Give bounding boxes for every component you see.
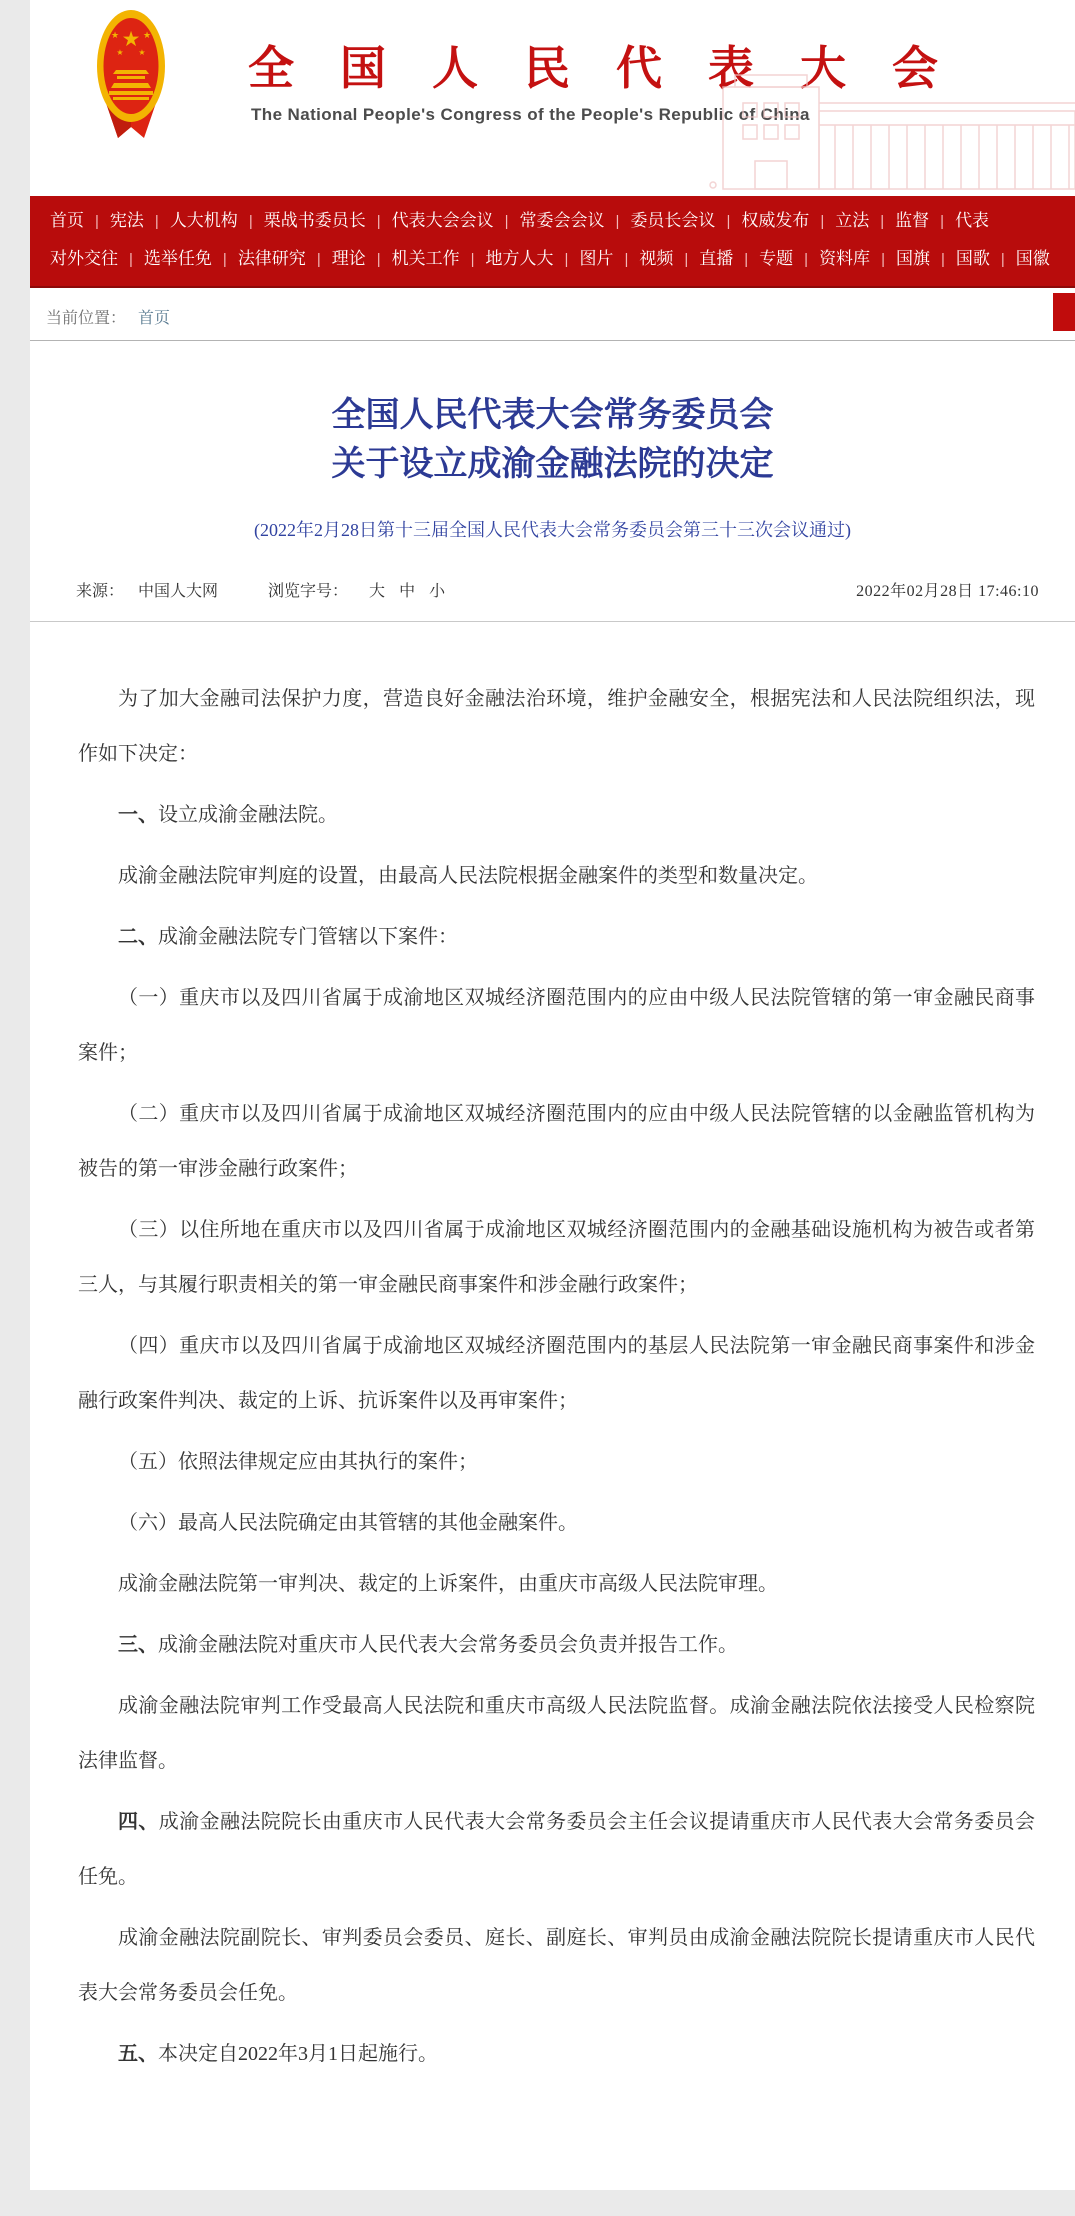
nav-row-2: 对外交往|选举任免|法律研究|理论|机关工作|地方人大|图片|视频|直播|专题|… <box>44 240 1061 278</box>
nav-separator: | <box>611 213 625 230</box>
nav-link[interactable]: 选举任免 <box>138 249 218 268</box>
nav-separator: | <box>619 251 633 268</box>
nav-link[interactable]: 法律研究 <box>232 249 312 268</box>
article-paragraph: （一）重庆市以及四川省属于成渝地区双城经济圈范围内的应由中级人民法院管辖的第一审… <box>78 971 1035 1081</box>
item-number: 三、 <box>118 1634 158 1656</box>
breadcrumb-row: 当前位置：首页 <box>30 288 1075 341</box>
nav-link[interactable]: 地方人大 <box>480 249 560 268</box>
nav-separator: | <box>936 251 950 268</box>
nav-link[interactable]: 代表大会会议 <box>386 211 500 230</box>
nav-link[interactable]: 专题 <box>753 249 799 268</box>
nav-separator: | <box>875 213 889 230</box>
nav-separator: | <box>739 251 753 268</box>
article-paragraph: 成渝金融法院副院长、审判委员会委员、庭长、副庭长、审判员由成渝金融法院院长提请重… <box>78 1911 1035 2021</box>
nav-separator: | <box>679 251 693 268</box>
article-paragraph: （二）重庆市以及四川省属于成渝地区双城经济圈范围内的应由中级人民法院管辖的以金融… <box>78 1087 1035 1197</box>
nav-link[interactable]: 理论 <box>326 249 372 268</box>
site-header: ★ ★ ★ ★ ★ 全国人民代表大会 The National People's… <box>30 0 1075 196</box>
article-paragraph: 成渝金融法院第一审判决、裁定的上诉案件，由重庆市高级人民法院审理。 <box>78 1557 1035 1612</box>
article-title-line1: 全国人民代表大会常务委员会 <box>30 391 1075 440</box>
page: ★ ★ ★ ★ ★ 全国人民代表大会 The National People's… <box>0 0 1075 2216</box>
article-paragraph: （三）以住所地在重庆市以及四川省属于成渝地区双城经济圈范围内的金融基础设施机构为… <box>78 1203 1035 1313</box>
svg-text:★: ★ <box>116 48 123 57</box>
nav-separator: | <box>150 213 164 230</box>
article-paragraph: 成渝金融法院审判庭的设置，由最高人民法院根据金融案件的类型和数量决定。 <box>78 849 1035 904</box>
nav-separator: | <box>466 251 480 268</box>
article-paragraph: （五）依照法律规定应由其执行的案件； <box>78 1435 1035 1490</box>
nav-separator: | <box>799 251 813 268</box>
nav-separator: | <box>876 251 890 268</box>
article-meta-left: 来源： 中国人大网 浏览字号： 大中小 <box>76 578 452 601</box>
nav-separator: | <box>996 251 1010 268</box>
article-body: 为了加大金融司法保护力度，营造良好金融法治环境，维护金融安全，根据宪法和人民法院… <box>30 622 1075 2082</box>
article-title-line2: 关于设立成渝金融法院的决定 <box>30 440 1075 489</box>
national-emblem-icon[interactable]: ★ ★ ★ ★ ★ <box>95 8 167 149</box>
nav-link[interactable]: 国徽 <box>1010 249 1056 268</box>
nav-link[interactable]: 视频 <box>633 249 679 268</box>
article-paragraph: （四）重庆市以及四川省属于成渝地区双城经济圈范围内的基层人民法院第一审金融民商事… <box>78 1319 1035 1429</box>
publish-datetime: 2022年02月28日 17:46:10 <box>856 578 1039 601</box>
breadcrumb: 当前位置：首页 <box>46 305 170 328</box>
nav-link[interactable]: 直播 <box>693 249 739 268</box>
source-label: 来源： <box>76 578 124 601</box>
nav-link[interactable]: 栗战书委员长 <box>258 211 372 230</box>
source-value: 中国人大网 <box>138 578 218 601</box>
article-paragraph: （六）最高人民法院确定由其管辖的其他金融案件。 <box>78 1496 1035 1551</box>
font-size-label: 浏览字号： <box>268 578 348 601</box>
breadcrumb-label: 当前位置： <box>46 310 126 327</box>
item-number: 一、 <box>118 804 158 826</box>
nav-separator: | <box>935 213 949 230</box>
side-widget[interactable] <box>1053 293 1075 331</box>
font-size-button[interactable]: 小 <box>429 578 445 601</box>
nav-link[interactable]: 机关工作 <box>386 249 466 268</box>
article-paragraph: 为了加大金融司法保护力度，营造良好金融法治环境，维护金融安全，根据宪法和人民法院… <box>78 672 1035 782</box>
nav-separator: | <box>721 213 735 230</box>
content-column: ★ ★ ★ ★ ★ 全国人民代表大会 The National People's… <box>30 0 1075 2190</box>
nav-separator: | <box>500 213 514 230</box>
article-paragraph: 四、成渝金融法院院长由重庆市人民代表大会常务委员会主任会议提请重庆市人民代表大会… <box>78 1795 1035 1905</box>
great-hall-sketch-icon <box>685 73 1075 196</box>
article-paragraph: 一、设立成渝金融法院。 <box>78 788 1035 843</box>
main-nav: 首页|宪法|人大机构|栗战书委员长|代表大会会议|常委会会议|委员长会议|权威发… <box>30 196 1075 288</box>
nav-link[interactable]: 监督 <box>889 211 935 230</box>
breadcrumb-home-link[interactable]: 首页 <box>138 310 170 327</box>
nav-row-1: 首页|宪法|人大机构|栗战书委员长|代表大会会议|常委会会议|委员长会议|权威发… <box>44 202 1061 240</box>
svg-text:★: ★ <box>138 48 145 57</box>
nav-link[interactable]: 代表 <box>949 211 995 230</box>
item-number: 二、 <box>118 926 158 948</box>
nav-link[interactable]: 对外交往 <box>44 249 124 268</box>
nav-link[interactable]: 委员长会议 <box>624 211 721 230</box>
article: 全国人民代表大会常务委员会 关于设立成渝金融法院的决定 (2022年2月28日第… <box>30 391 1075 2082</box>
nav-separator: | <box>218 251 232 268</box>
article-paragraph: 五、本决定自2022年3月1日起施行。 <box>78 2027 1035 2082</box>
nav-link[interactable]: 宪法 <box>104 211 150 230</box>
item-number: 四、 <box>118 1811 159 1833</box>
nav-link[interactable]: 常委会会议 <box>514 211 611 230</box>
svg-text:★: ★ <box>143 30 151 40</box>
article-subtitle: (2022年2月28日第十三届全国人民代表大会常务委员会第三十三次会议通过) <box>30 516 1075 542</box>
item-number: 五、 <box>118 2043 158 2065</box>
nav-separator: | <box>815 213 829 230</box>
nav-link[interactable]: 资料库 <box>813 249 876 268</box>
font-size-button[interactable]: 大 <box>369 578 385 601</box>
nav-link[interactable]: 国旗 <box>890 249 936 268</box>
article-meta-row: 来源： 中国人大网 浏览字号： 大中小 2022年02月28日 17:46:10 <box>30 578 1075 622</box>
font-size-controls: 大中小 <box>362 578 452 601</box>
nav-link[interactable]: 国歌 <box>950 249 996 268</box>
nav-link[interactable]: 权威发布 <box>735 211 815 230</box>
nav-separator: | <box>312 251 326 268</box>
font-size-button[interactable]: 中 <box>399 578 415 601</box>
nav-separator: | <box>244 213 258 230</box>
article-title: 全国人民代表大会常务委员会 关于设立成渝金融法院的决定 <box>30 391 1075 490</box>
nav-separator: | <box>372 213 386 230</box>
nav-link[interactable]: 首页 <box>44 211 90 230</box>
nav-separator: | <box>124 251 138 268</box>
article-paragraph: 二、成渝金融法院专门管辖以下案件： <box>78 910 1035 965</box>
nav-link[interactable]: 图片 <box>573 249 619 268</box>
nav-separator: | <box>90 213 104 230</box>
nav-link[interactable]: 人大机构 <box>164 211 244 230</box>
svg-text:★: ★ <box>111 30 119 40</box>
article-paragraph: 三、成渝金融法院对重庆市人民代表大会常务委员会负责并报告工作。 <box>78 1618 1035 1673</box>
nav-link[interactable]: 立法 <box>829 211 875 230</box>
nav-separator: | <box>372 251 386 268</box>
article-paragraph: 成渝金融法院审判工作受最高人民法院和重庆市高级人民法院监督。成渝金融法院依法接受… <box>78 1679 1035 1789</box>
nav-separator: | <box>560 251 574 268</box>
